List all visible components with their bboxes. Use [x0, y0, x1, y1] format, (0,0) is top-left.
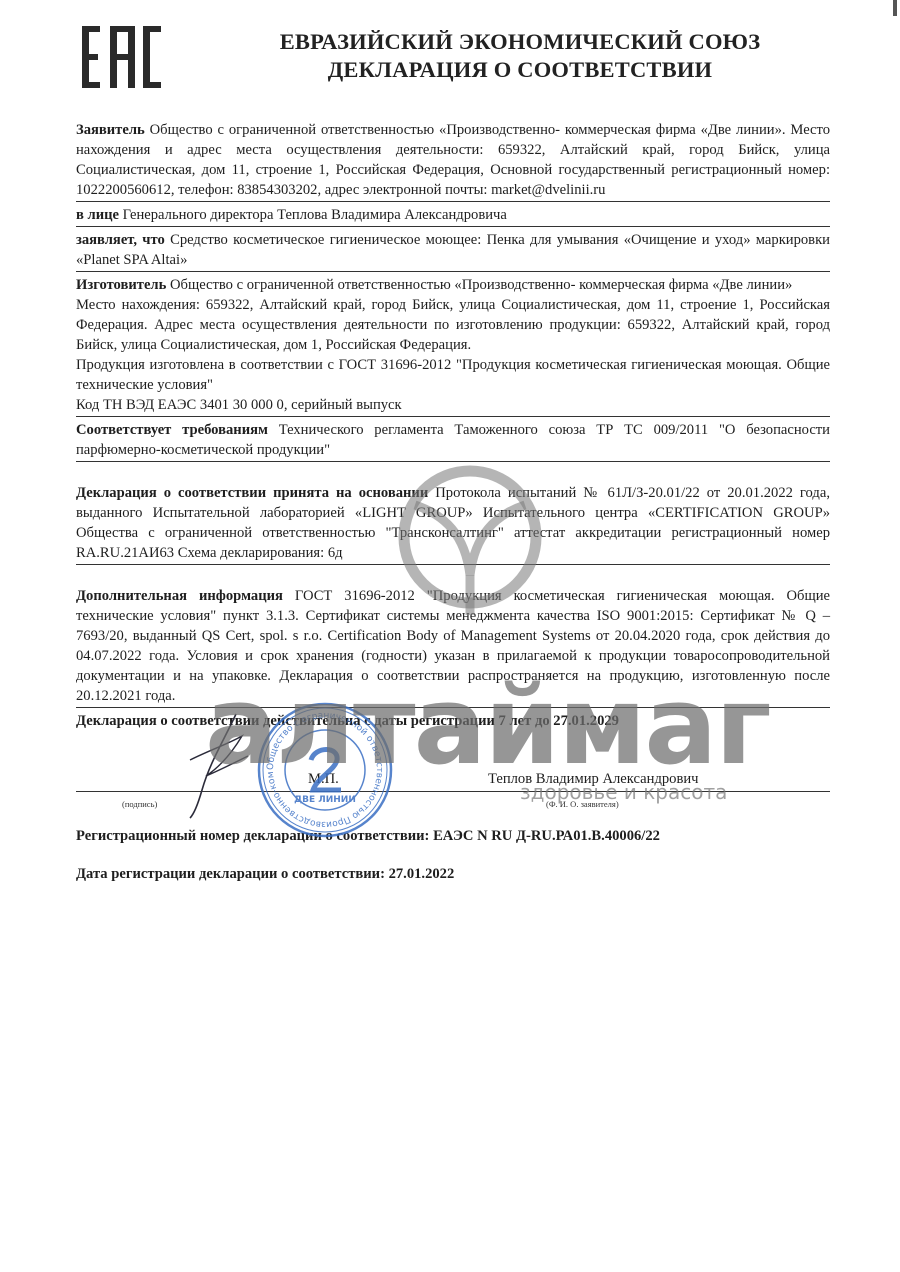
additional-info-label: Дополнительная информация	[76, 588, 283, 604]
manufacturer-section: Изготовитель Общество с ограниченной отв…	[76, 275, 830, 417]
represented-by-text: Генерального директора Теплова Владимира…	[119, 207, 507, 223]
title-union: ЕВРАЗИЙСКИЙ ЭКОНОМИЧЕСКИЙ СОЮЗ	[260, 28, 780, 56]
manufacturer-text: Общество с ограниченной ответственностью…	[166, 277, 792, 293]
svg-text:ДВЕ ЛИНИИ: ДВЕ ЛИНИИ	[294, 795, 356, 805]
scan-edge-mark	[893, 0, 897, 16]
eac-mark-icon	[80, 24, 162, 90]
registration-number: Регистрационный номер декларации о соотв…	[76, 826, 830, 846]
conforms-section: Соответствует требованиям Технического р…	[76, 420, 830, 462]
basis-section: Декларация о соответствии принята на осн…	[76, 483, 830, 565]
manufacturer-name: Изготовитель Общество с ограниченной отв…	[76, 275, 830, 295]
applicant-section: Заявитель Общество с ограниченной ответс…	[76, 120, 830, 202]
name-caption: (Ф. И. О. заявителя)	[546, 794, 619, 814]
represented-by-label: в лице	[76, 207, 119, 223]
registration-number-value: ЕАЭС N RU Д-RU.РА01.В.40006/22	[429, 828, 660, 844]
handwritten-signature	[180, 710, 260, 820]
declares-section: заявляет, что Средство косметическое гиг…	[76, 230, 830, 272]
eac-logo	[80, 24, 162, 90]
registration-date-label: Дата регистрации декларации о соответств…	[76, 866, 385, 882]
additional-info-section: Дополнительная информация ГОСТ 31696-201…	[76, 586, 830, 708]
title-declaration: ДЕКЛАРАЦИЯ О СООТВЕТСТВИИ	[260, 56, 780, 84]
signature-caption: (подпись)	[122, 794, 157, 814]
manufacturer-code: Код ТН ВЭД ЕАЭС 3401 30 000 0, серийный …	[76, 395, 830, 415]
stamp-seal-icon: Общество с ограниченной ответственностью…	[255, 700, 395, 840]
declares-label: заявляет, что	[76, 232, 165, 248]
additional-info-text: ГОСТ 31696-2012 "Продукция косметическая…	[76, 588, 830, 704]
applicant-label: Заявитель	[76, 122, 145, 138]
company-stamp: Общество с ограниченной ответственностью…	[255, 700, 395, 840]
conforms-label: Соответствует требованиям	[76, 422, 268, 438]
applicant-text: Общество с ограниченной ответственностью…	[76, 122, 830, 198]
manufacturer-address: Место нахождения: 659322, Алтайский край…	[76, 295, 830, 355]
basis-label: Декларация о соответствии принята на осн…	[76, 485, 428, 501]
document-title: ЕВРАЗИЙСКИЙ ЭКОНОМИЧЕСКИЙ СОЮЗ ДЕКЛАРАЦИ…	[260, 28, 780, 84]
registration-date: Дата регистрации декларации о соответств…	[76, 864, 830, 884]
registration-date-value: 27.01.2022	[385, 866, 454, 882]
manufacturer-standard: Продукция изготовлена в соответствии с Г…	[76, 355, 830, 395]
declares-text: Средство косметическое гигиеническое мою…	[76, 232, 830, 268]
represented-by-section: в лице Генерального директора Теплова Вл…	[76, 205, 830, 227]
manufacturer-label: Изготовитель	[76, 277, 166, 293]
signature-scribble-icon	[180, 710, 260, 820]
signatory-name: Теплов Владимир Александрович	[488, 769, 699, 789]
